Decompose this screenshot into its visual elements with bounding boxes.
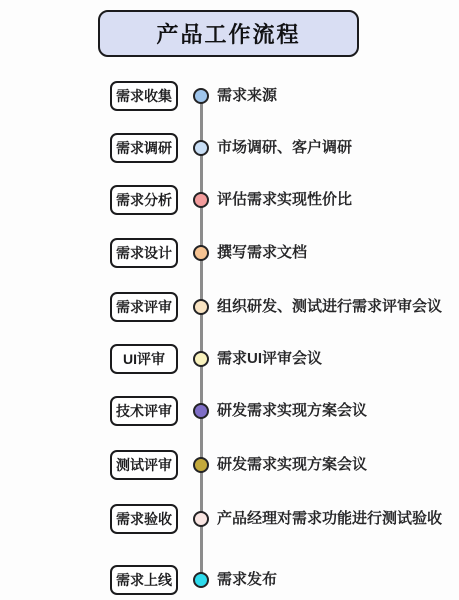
- page-title: 产品工作流程: [98, 10, 359, 57]
- stage-dot: [193, 299, 209, 315]
- timeline-item: 需求调研市场调研、客户调研: [0, 133, 459, 163]
- stage-box: 技术评审: [110, 396, 178, 426]
- stage-dot: [193, 572, 209, 588]
- stage-dot: [193, 457, 209, 473]
- timeline-item: 需求收集需求来源: [0, 81, 459, 111]
- stage-dot: [193, 88, 209, 104]
- timeline-item: 测试评审研发需求实现方案会议: [0, 450, 459, 480]
- stage-label: 需求分析: [116, 190, 172, 210]
- stage-label: 技术评审: [116, 401, 172, 421]
- stage-description: 评估需求实现性价比: [217, 185, 352, 215]
- flowchart-canvas: 产品工作流程 需求收集需求来源需求调研市场调研、客户调研需求分析评估需求实现性价…: [0, 0, 459, 600]
- stage-dot: [193, 192, 209, 208]
- timeline-item: 需求上线需求发布: [0, 565, 459, 595]
- stage-description: 市场调研、客户调研: [217, 133, 352, 163]
- stage-dot: [193, 511, 209, 527]
- stage-description: 组织研发、测试进行需求评审会议: [217, 292, 442, 322]
- stage-label: 需求收集: [116, 86, 172, 106]
- stage-label: 测试评审: [116, 455, 172, 475]
- stage-box: 需求调研: [110, 133, 178, 163]
- stage-box: 需求评审: [110, 292, 178, 322]
- stage-box: 需求验收: [110, 504, 178, 534]
- stage-box: 需求上线: [110, 565, 178, 595]
- timeline-item: 需求设计撰写需求文档: [0, 238, 459, 268]
- stage-description: 需求发布: [217, 565, 277, 595]
- stage-description: 需求来源: [217, 81, 277, 111]
- timeline-item: 需求验收产品经理对需求功能进行测试验收: [0, 504, 459, 534]
- stage-description: 需求UI评审会议: [217, 344, 322, 374]
- stage-label: 需求设计: [116, 243, 172, 263]
- stage-box: 需求收集: [110, 81, 178, 111]
- stage-description: 研发需求实现方案会议: [217, 450, 367, 480]
- stage-box: 需求分析: [110, 185, 178, 215]
- stage-dot: [193, 140, 209, 156]
- stage-dot: [193, 351, 209, 367]
- stage-label: UI评审: [123, 349, 165, 369]
- stage-dot: [193, 245, 209, 261]
- page-title-text: 产品工作流程: [156, 18, 300, 49]
- stage-label: 需求调研: [116, 138, 172, 158]
- stage-description: 研发需求实现方案会议: [217, 396, 367, 426]
- stage-label: 需求上线: [116, 570, 172, 590]
- stage-description: 产品经理对需求功能进行测试验收: [217, 504, 442, 534]
- timeline-item: UI评审需求UI评审会议: [0, 344, 459, 374]
- stage-dot: [193, 403, 209, 419]
- timeline-item: 需求评审组织研发、测试进行需求评审会议: [0, 292, 459, 322]
- timeline-item: 技术评审研发需求实现方案会议: [0, 396, 459, 426]
- timeline-item: 需求分析评估需求实现性价比: [0, 185, 459, 215]
- stage-box: 测试评审: [110, 450, 178, 480]
- stage-box: UI评审: [110, 344, 178, 374]
- stage-label: 需求评审: [116, 297, 172, 317]
- stage-label: 需求验收: [116, 509, 172, 529]
- stage-box: 需求设计: [110, 238, 178, 268]
- stage-description: 撰写需求文档: [217, 238, 307, 268]
